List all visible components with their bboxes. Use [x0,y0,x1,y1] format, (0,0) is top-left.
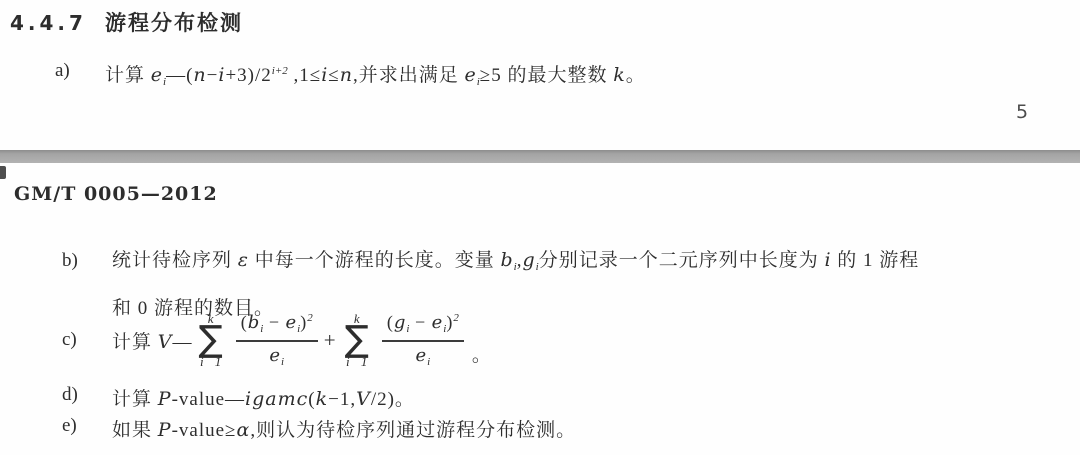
summation-1: k ∑ i 1 [199,312,224,369]
page-break-band [0,150,1080,163]
item-a-label: a) [55,60,105,88]
section-title: 游程分布检测 [105,7,243,37]
list-item-a: a) 计算 ei—(n−i+3)/2i+2 ,1≤i≤n,并求出满足 ei≥5 … [55,60,646,88]
item-a-text: 计算 ei—(n−i+3)/2i+2 ,1≤i≤n,并求出满足 ei≥5 的最大… [105,60,646,88]
formula-period: 。 [472,340,492,367]
sigma-icon: ∑ [345,325,370,356]
sum-1-lower-limit: i 1 [200,355,222,368]
item-c-label: c) [62,329,112,351]
item-b-line1: 统计待检序列 ε 中每一个游程的长度。变量 bi,gi分别记录一个二元序列中长度… [112,240,919,288]
standard-code-header: GM/T 0005—2012 [14,183,218,205]
fraction-2: (gi − ei)2 ei [382,312,464,367]
item-d-label: d) [62,384,112,411]
list-item-e: e) 如果 P-value≥α,则认为待检序列通过游程分布检测。 [62,415,576,442]
summation-2: k ∑ i 1 [345,312,370,369]
item-e-text: 如果 P-value≥α,则认为待检序列通过游程分布检测。 [112,415,576,442]
fraction-2-numerator: (gi − ei)2 [382,312,464,341]
scan-edge-artifact [0,166,6,179]
section-number: 4.4.7 [10,11,87,35]
item-e-label: e) [62,415,112,442]
fraction-1-denominator: ei [269,342,284,368]
list-item-c: c) 计算 V— k ∑ i 1 (bi − ei)2 ei + k ∑ i 1… [62,306,492,374]
sigma-icon: ∑ [199,325,224,356]
fraction-1: (bi − ei)2 ei [236,312,318,367]
item-d-text: 计算 P-value—igamc(k−1,V/2)。 [112,384,415,411]
scanned-document-page: 4.4.7 游程分布检测 a) 计算 ei—(n−i+3)/2i+2 ,1≤i≤… [0,0,1080,455]
fraction-2-denominator: ei [415,342,430,368]
plus-operator: + [324,328,337,353]
fraction-1-numerator: (bi − ei)2 [236,312,318,341]
section-heading: 4.4.7 游程分布检测 [10,7,243,37]
formula-prefix: 计算 V— [112,327,193,354]
sum-2-lower-limit: i 1 [346,355,368,368]
list-item-d: d) 计算 P-value—igamc(k−1,V/2)。 [62,384,415,411]
page-number: 5 [1016,101,1028,123]
